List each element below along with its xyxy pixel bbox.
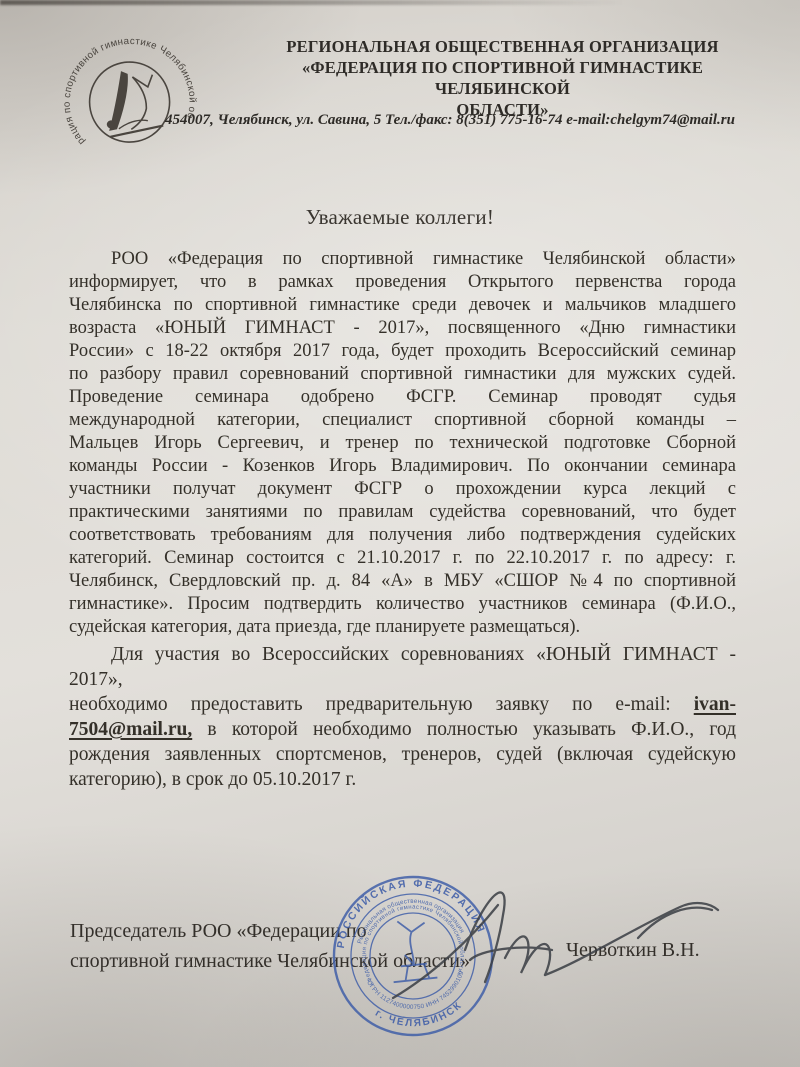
text-line: Челябинска по спортивной гимнастике сред…: [69, 294, 736, 317]
text-line: гимнастике». Просим подтвердить количест…: [69, 593, 736, 616]
text-line: необходимо предоставить предварительную …: [69, 692, 736, 717]
stamp-gymnast-icon: [387, 918, 437, 982]
text-line: возраста «ЮНЫЙ ГИМНАСТ - 2017», посвящен…: [69, 317, 736, 340]
paragraph-application: Для участия во Всероссийских соревновани…: [69, 642, 736, 792]
org-title-line1: РЕГИОНАЛЬНАЯ ОБЩЕСТВЕННАЯ ОРГАНИЗАЦИЯ: [240, 36, 765, 57]
letter-photo: Федерация по спортивной гимнастике Челяб…: [0, 0, 800, 1067]
text-line: Мальцев Игорь Сергеевич, и тренер по тех…: [69, 432, 736, 455]
letter-body: РОО «Федерация по спортивной гимнастике …: [69, 248, 736, 792]
text-line: судейская категория, дата приезда, где п…: [69, 616, 736, 639]
text-line: участники получат документ ФСГР о прохож…: [69, 478, 736, 501]
salutation: Уважаемые коллеги!: [0, 205, 800, 230]
email-address: ivan-: [694, 694, 736, 715]
text-line: РОО «Федерация по спортивной гимнастике …: [69, 248, 736, 271]
official-stamp: РОССИЙСКАЯ ФЕДЕРАЦИЯ г. ЧЕЛЯБИНСК Регион…: [329, 872, 497, 1040]
text-line: категорий. Семинар состоится с 21.10.201…: [69, 547, 736, 570]
org-title-line2: «ФЕДЕРАЦИЯ ПО СПОРТИВНОЙ ГИМНАСТИКЕ ЧЕЛЯ…: [240, 57, 765, 99]
letterhead-contact-line: 454007, Челябинск, ул. Савина, 5 Тел./фа…: [120, 112, 780, 129]
text-line: 7504@mail.ru, в которой необходимо полно…: [69, 717, 736, 742]
text-line: команды России - Козенков Игорь Владимир…: [69, 455, 736, 478]
federation-logo: Федерация по спортивной гимнастике Челяб…: [48, 30, 213, 180]
text-line: соответствовать требованиям для получени…: [69, 524, 736, 547]
text-line: практическими занятиями по правилам суде…: [69, 501, 736, 524]
email-address: 7504@mail.ru,: [69, 719, 192, 740]
paragraph-seminar: РОО «Федерация по спортивной гимнастике …: [69, 248, 736, 639]
text-line: Челябинск, Свердловский пр. д. 84 «А» в …: [69, 570, 736, 593]
text-line: информирует, что в рамках проведения Отк…: [69, 271, 736, 294]
letterhead-org-title: РЕГИОНАЛЬНАЯ ОБЩЕСТВЕННАЯ ОРГАНИЗАЦИЯ «Ф…: [240, 36, 765, 120]
signer-name: Червоткин В.Н.: [566, 939, 700, 962]
text-line: Проведение семинара одобрено ФСГР. Семин…: [69, 386, 736, 409]
text-line: по разбору правил соревнований спортивно…: [69, 363, 736, 386]
text-line: международной категории, специалист спор…: [69, 409, 736, 432]
text-line: Для участия во Всероссийских соревновани…: [69, 642, 736, 692]
photo-top-edge: [0, 0, 800, 5]
text-line: России» с 18-22 октября 2017 года, будет…: [69, 340, 736, 363]
text-line: категорию), в срок до 05.10.2017 г.: [69, 767, 736, 792]
text-line: рождения заявленных спортсменов, тренеро…: [69, 742, 736, 767]
